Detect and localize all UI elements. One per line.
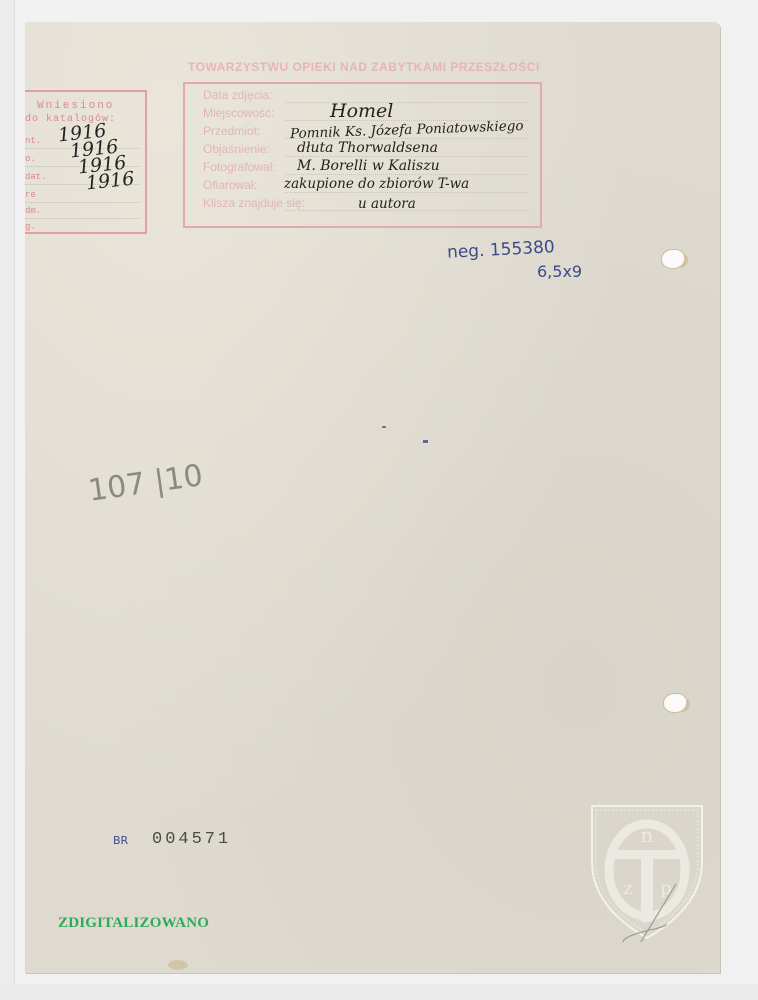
catalog-row: re [25,190,140,203]
inventory-prefix: BR [113,834,128,847]
catalog-row: dm. [25,206,140,219]
value-explanation: dłuta Thorwaldsena [297,140,438,156]
scanner-background-bottom [0,984,758,1000]
stamp-line [285,174,528,175]
stamp-label-subject: Przedmiot: [203,124,260,138]
paper-stain [168,960,188,970]
punch-hole [664,694,686,712]
ink-speck [423,440,428,443]
svg-text:p: p [660,878,672,899]
society-emblem-icon: n z p [588,802,706,942]
stamp-line [285,156,528,157]
punch-hole [662,250,684,268]
catalog-row: g. [25,222,140,234]
negative-size: 6,5x9 [537,262,582,281]
inventory-number: 004571 [152,830,231,849]
stamp-label-donor: Ofiarował: [203,178,257,192]
svg-text:n: n [641,823,654,847]
value-photographer: M. Borelli w Kaliszu [297,158,440,174]
value-place: Homel [330,100,393,122]
catalog-stamp-title: Wniesiono [37,100,114,112]
stamp-label-photographer: Fotografował: [203,160,276,174]
ink-speck [382,426,386,428]
svg-text:z: z [623,878,632,899]
stamp-label-date: Data zdjęcia: [203,88,272,102]
value-negative-location: u autora [358,196,416,212]
value-donor: zakupione do zbiorów T-wa [284,176,469,192]
stamp-label-place: Miejscowość: [203,106,274,120]
stamp-label-negative-location: Klisza znajduje się: [203,196,305,210]
society-stamp-header: TOWARZYSTWU OPIEKI NAD ZABYTKAMI PRZESZŁ… [188,60,540,74]
stamp-line [285,192,528,193]
scanner-background-strip [0,0,15,1000]
stamp-line [285,102,528,103]
stamp-label-explanation: Objaśnienie: [203,142,270,156]
digitized-stamp: ZDIGITALIZOWANO [58,915,209,932]
